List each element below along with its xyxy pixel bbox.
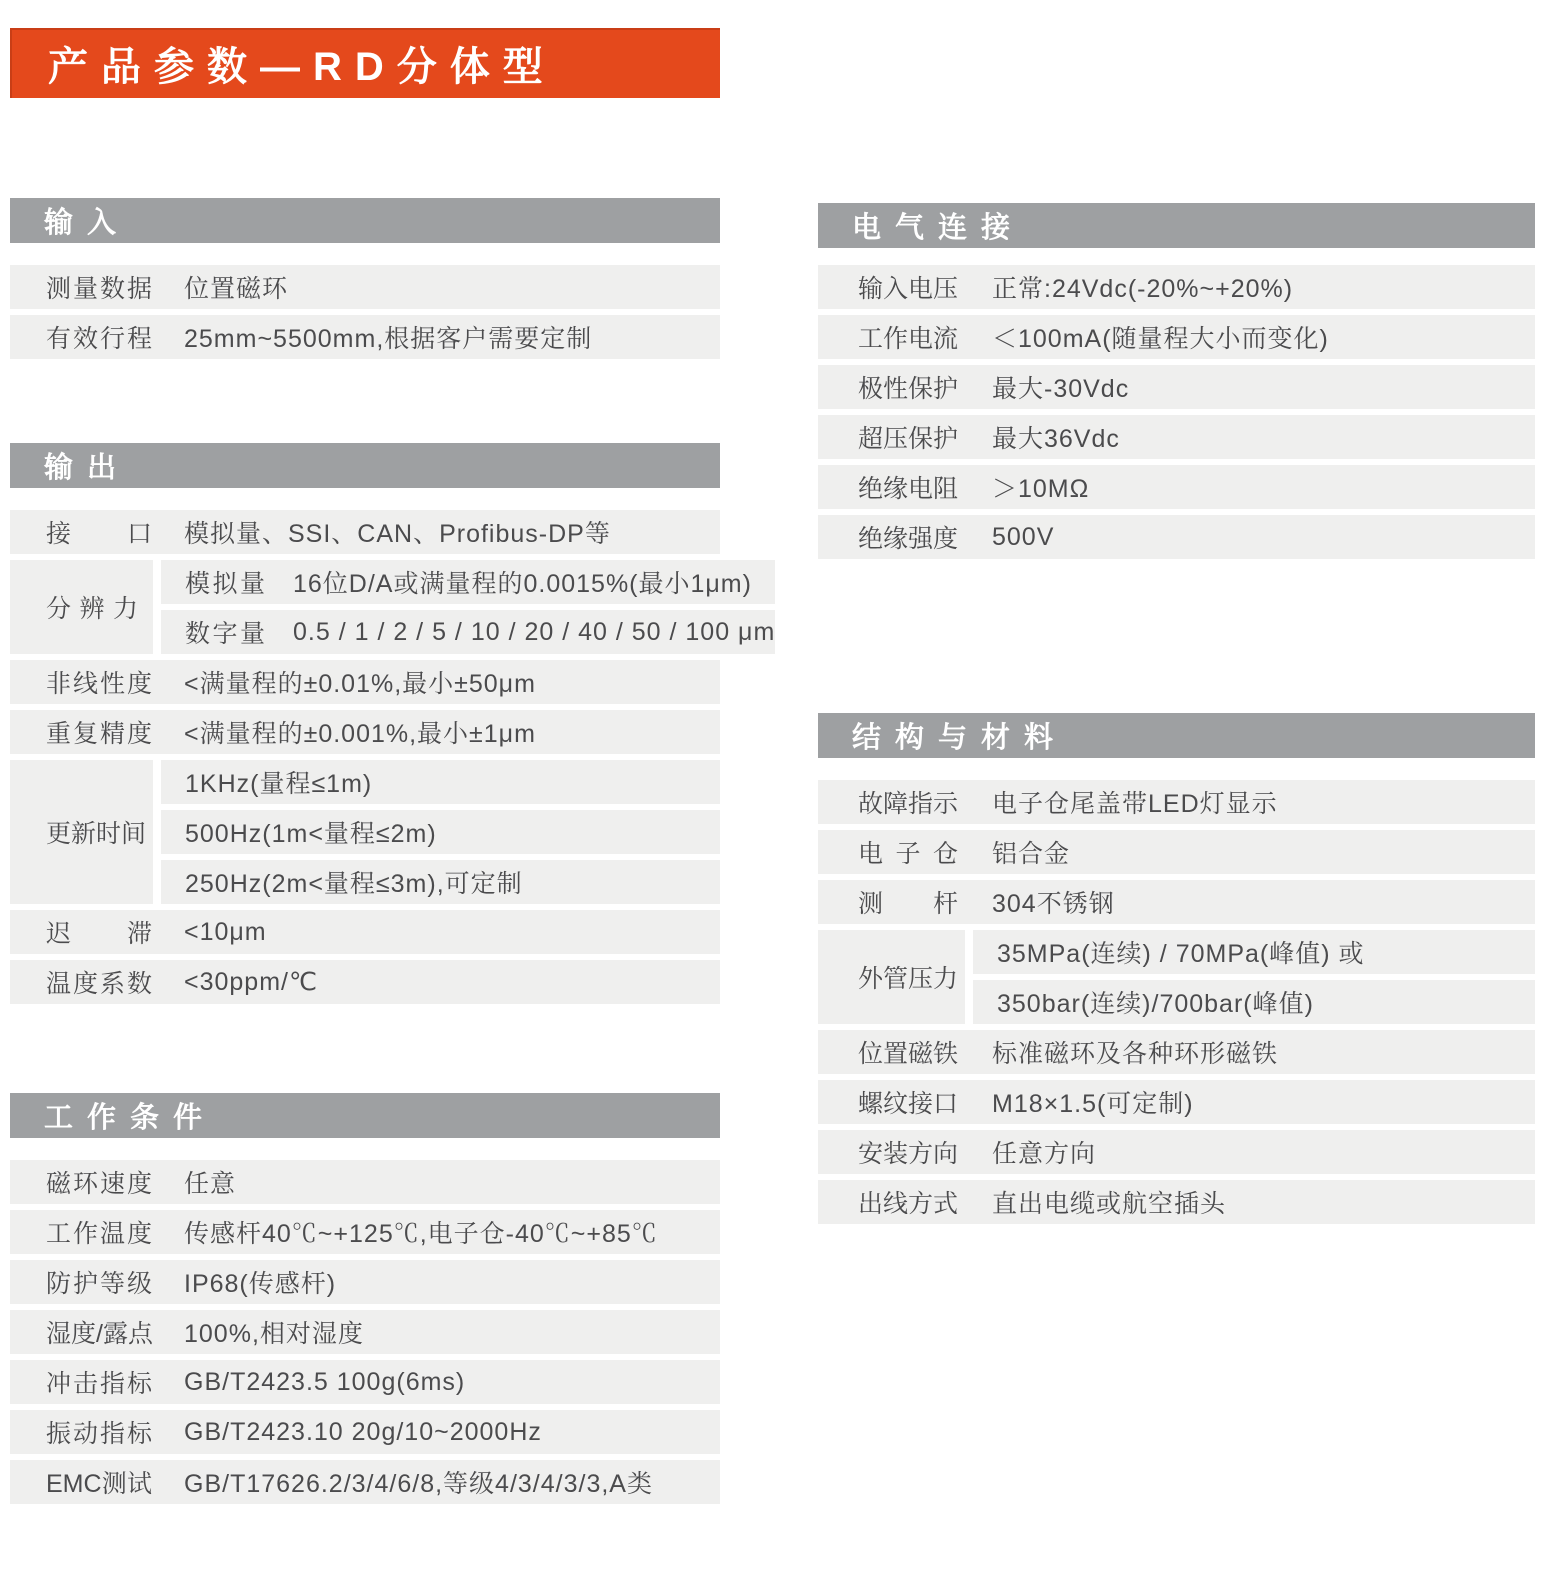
spec-row: 非线性度 <满量程的±0.01%,最小±50μm <box>10 660 720 704</box>
row-label: 输入电压 <box>858 269 958 305</box>
sub-row: 500Hz(1m<量程≤2m) <box>161 810 720 854</box>
group-values: 1KHz(量程≤1m) 500Hz(1m<量程≤2m) 250Hz(2m<量程≤… <box>161 760 720 904</box>
row-label: 非线性度 <box>46 664 152 700</box>
group-label-cell: 更新时间 <box>10 760 153 904</box>
group-label-cell: 分辨力 <box>10 560 153 654</box>
row-label: 迟滞 <box>46 914 152 950</box>
section-input-rows: 测量数据 位置磁环 有效行程 25mm~5500mm,根据客户需要定制 <box>10 265 720 359</box>
section-structure-materials: 结构与材料 故障指示 电子仓尾盖带LED灯显示 电子仓 铝合金 测杆 304不锈… <box>818 713 1535 1224</box>
group-label-cell: 外管压力 <box>818 930 965 1024</box>
row-label: 重复精度 <box>46 714 152 750</box>
row-label: 湿度/露点 <box>46 1314 152 1350</box>
row-value: M18×1.5(可定制) <box>992 1084 1194 1120</box>
row-value: 任意方向 <box>992 1134 1096 1170</box>
sub-row: 模拟量 16位D/A或满量程的0.0015%(最小1μm) <box>161 560 775 604</box>
row-label: 温度系数 <box>46 964 152 1000</box>
row-label: 振动指标 <box>46 1414 152 1450</box>
row-value: <30ppm/℃ <box>184 967 318 997</box>
spec-row: 位置磁铁 标准磁环及各种环形磁铁 <box>818 1030 1535 1074</box>
row-value: 传感杆40℃~+125℃,电子仓-40℃~+85℃ <box>184 1214 658 1250</box>
section-input: 输入 测量数据 位置磁环 有效行程 25mm~5500mm,根据客户需要定制 <box>10 198 720 359</box>
spec-row: 温度系数 <30ppm/℃ <box>10 960 720 1004</box>
section-input-title: 输入 <box>44 200 130 241</box>
sub-row: 35MPa(连续) / 70MPa(峰值) 或 <box>973 930 1535 974</box>
sub-label: 数字量 <box>185 614 265 650</box>
spec-row: 冲击指标 GB/T2423.5 100g(6ms) <box>10 1360 720 1404</box>
spec-row-group: 外管压力 35MPa(连续) / 70MPa(峰值) 或 350bar(连续)/… <box>818 930 1535 1024</box>
spec-row: 防护等级 IP68(传感杆) <box>10 1260 720 1304</box>
row-value: 500Hz(1m<量程≤2m) <box>185 814 437 850</box>
row-value: 最大36Vdc <box>992 419 1120 455</box>
spec-row: 出线方式 直出电缆或航空插头 <box>818 1180 1535 1224</box>
section-structure-materials-header: 结构与材料 <box>818 713 1535 758</box>
row-value: ＞10MΩ <box>992 469 1089 505</box>
row-value: GB/T17626.2/3/4/6/8,等级4/3/4/3/3,A类 <box>184 1464 653 1500</box>
row-value: 25mm~5500mm,根据客户需要定制 <box>184 319 592 355</box>
row-label: 出线方式 <box>858 1184 958 1220</box>
spec-row: 输入电压 正常:24Vdc(-20%~+20%) <box>818 265 1535 309</box>
row-value: IP68(传感杆) <box>184 1264 336 1300</box>
row-label: 螺纹接口 <box>858 1084 958 1120</box>
row-value: 电子仓尾盖带LED灯显示 <box>992 784 1278 820</box>
row-label: 磁环速度 <box>46 1164 152 1200</box>
row-value: <满量程的±0.001%,最小±1μm <box>184 714 536 750</box>
sub-label: 模拟量 <box>185 564 265 600</box>
section-output: 输出 接口 模拟量、SSI、CAN、Profibus-DP等 分辨力 模拟量 1… <box>10 443 720 1004</box>
section-working-conditions-header: 工作条件 <box>10 1093 720 1138</box>
spec-row: 绝缘电阻 ＞10MΩ <box>818 465 1535 509</box>
row-value: 250Hz(2m<量程≤3m),可定制 <box>185 864 523 900</box>
row-label: 工作温度 <box>46 1214 152 1250</box>
spec-row: 绝缘强度 500V <box>818 515 1535 559</box>
section-electrical-header: 电气连接 <box>818 203 1535 248</box>
sub-row: 250Hz(2m<量程≤3m),可定制 <box>161 860 720 904</box>
spec-row: 故障指示 电子仓尾盖带LED灯显示 <box>818 780 1535 824</box>
page-title: 产品参数—RD分体型 <box>48 35 556 92</box>
row-value: 304不锈钢 <box>992 884 1115 920</box>
row-value: ＜100mA(随量程大小而变化) <box>992 319 1329 355</box>
row-label: 绝缘电阻 <box>858 469 958 505</box>
row-value: 最大-30Vdc <box>992 369 1129 405</box>
row-label: 冲击指标 <box>46 1364 152 1400</box>
row-value: 铝合金 <box>992 834 1070 870</box>
left-column: 产品参数—RD分体型 输入 测量数据 位置磁环 有效行程 25mm~5500mm… <box>10 0 720 1510</box>
spec-row: 测杆 304不锈钢 <box>818 880 1535 924</box>
row-label: 防护等级 <box>46 1264 152 1300</box>
spec-row: 有效行程 25mm~5500mm,根据客户需要定制 <box>10 315 720 359</box>
row-label: 外管压力 <box>858 959 958 995</box>
spec-row: 重复精度 <满量程的±0.001%,最小±1μm <box>10 710 720 754</box>
section-electrical: 电气连接 输入电压 正常:24Vdc(-20%~+20%) 工作电流 ＜100m… <box>818 203 1535 559</box>
spec-row-group: 更新时间 1KHz(量程≤1m) 500Hz(1m<量程≤2m) 250Hz(2… <box>10 760 720 904</box>
row-label: 测量数据 <box>46 269 152 305</box>
row-label: 超压保护 <box>858 419 958 455</box>
sub-row: 1KHz(量程≤1m) <box>161 760 720 804</box>
row-value: GB/T2423.5 100g(6ms) <box>184 1368 465 1397</box>
row-value: GB/T2423.10 20g/10~2000Hz <box>184 1418 542 1447</box>
row-label: 极性保护 <box>858 369 958 405</box>
row-value: 0.5 / 1 / 2 / 5 / 10 / 20 / 40 / 50 / 10… <box>293 618 775 647</box>
row-value: 正常:24Vdc(-20%~+20%) <box>992 269 1293 305</box>
row-value: 350bar(连续)/700bar(峰值) <box>997 984 1314 1020</box>
title-banner: 产品参数—RD分体型 <box>10 28 720 98</box>
row-label: 分辨力 <box>46 589 138 625</box>
spec-row: 湿度/露点 100%,相对湿度 <box>10 1310 720 1354</box>
row-label: 接口 <box>46 514 152 550</box>
spec-row: 迟滞 <10μm <box>10 910 720 954</box>
section-structure-materials-rows: 故障指示 电子仓尾盖带LED灯显示 电子仓 铝合金 测杆 304不锈钢 外管压力… <box>818 780 1535 1224</box>
group-values: 35MPa(连续) / 70MPa(峰值) 或 350bar(连续)/700ba… <box>973 930 1535 1024</box>
section-working-conditions: 工作条件 磁环速度 任意 工作温度 传感杆40℃~+125℃,电子仓-40℃~+… <box>10 1093 720 1504</box>
row-label: 电子仓 <box>858 834 958 870</box>
row-value: <满量程的±0.01%,最小±50μm <box>184 664 536 700</box>
row-value: 500V <box>992 523 1054 552</box>
row-value: 100%,相对湿度 <box>184 1314 364 1350</box>
row-label: EMC测试 <box>46 1464 152 1500</box>
section-working-conditions-title: 工作条件 <box>44 1095 216 1136</box>
sub-row: 350bar(连续)/700bar(峰值) <box>973 980 1535 1024</box>
section-electrical-title: 电气连接 <box>852 205 1024 246</box>
spec-row-group: 分辨力 模拟量 16位D/A或满量程的0.0015%(最小1μm) 数字量 0.… <box>10 560 720 654</box>
spec-row: 螺纹接口 M18×1.5(可定制) <box>818 1080 1535 1124</box>
row-value: 任意 <box>184 1164 236 1200</box>
row-value: 1KHz(量程≤1m) <box>185 764 372 800</box>
group-values: 模拟量 16位D/A或满量程的0.0015%(最小1μm) 数字量 0.5 / … <box>161 560 775 654</box>
row-label: 安装方向 <box>858 1134 958 1170</box>
spec-row: 安装方向 任意方向 <box>818 1130 1535 1174</box>
row-label: 测杆 <box>858 884 958 920</box>
spec-row: 接口 模拟量、SSI、CAN、Profibus-DP等 <box>10 510 720 554</box>
section-output-rows: 接口 模拟量、SSI、CAN、Profibus-DP等 分辨力 模拟量 16位D… <box>10 510 720 1004</box>
row-value: 16位D/A或满量程的0.0015%(最小1μm) <box>293 564 752 600</box>
row-value: 直出电缆或航空插头 <box>992 1184 1226 1220</box>
section-output-title: 输出 <box>44 445 130 486</box>
row-label: 工作电流 <box>858 319 958 355</box>
section-structure-materials-title: 结构与材料 <box>852 715 1067 756</box>
section-input-header: 输入 <box>10 198 720 243</box>
row-value: 模拟量、SSI、CAN、Profibus-DP等 <box>184 514 611 550</box>
section-electrical-rows: 输入电压 正常:24Vdc(-20%~+20%) 工作电流 ＜100mA(随量程… <box>818 265 1535 559</box>
spec-row: 振动指标 GB/T2423.10 20g/10~2000Hz <box>10 1410 720 1454</box>
row-label: 位置磁铁 <box>858 1034 958 1070</box>
spec-row: EMC测试 GB/T17626.2/3/4/6/8,等级4/3/4/3/3,A类 <box>10 1460 720 1504</box>
section-working-conditions-rows: 磁环速度 任意 工作温度 传感杆40℃~+125℃,电子仓-40℃~+85℃ 防… <box>10 1160 720 1504</box>
spec-row: 电子仓 铝合金 <box>818 830 1535 874</box>
row-label: 更新时间 <box>46 814 138 850</box>
row-label: 绝缘强度 <box>858 519 958 555</box>
spec-row: 磁环速度 任意 <box>10 1160 720 1204</box>
spec-row: 测量数据 位置磁环 <box>10 265 720 309</box>
row-label: 故障指示 <box>858 784 958 820</box>
spec-row: 极性保护 最大-30Vdc <box>818 365 1535 409</box>
right-column: 电气连接 输入电压 正常:24Vdc(-20%~+20%) 工作电流 ＜100m… <box>818 0 1535 1230</box>
row-value: 35MPa(连续) / 70MPa(峰值) 或 <box>997 934 1365 970</box>
section-output-header: 输出 <box>10 443 720 488</box>
row-value: 标准磁环及各种环形磁铁 <box>992 1034 1278 1070</box>
spec-row: 工作电流 ＜100mA(随量程大小而变化) <box>818 315 1535 359</box>
row-value: <10μm <box>184 918 267 947</box>
sub-row: 数字量 0.5 / 1 / 2 / 5 / 10 / 20 / 40 / 50 … <box>161 610 775 654</box>
spec-row: 超压保护 最大36Vdc <box>818 415 1535 459</box>
spec-row: 工作温度 传感杆40℃~+125℃,电子仓-40℃~+85℃ <box>10 1210 720 1254</box>
row-label: 有效行程 <box>46 319 152 355</box>
row-value: 位置磁环 <box>184 269 288 305</box>
